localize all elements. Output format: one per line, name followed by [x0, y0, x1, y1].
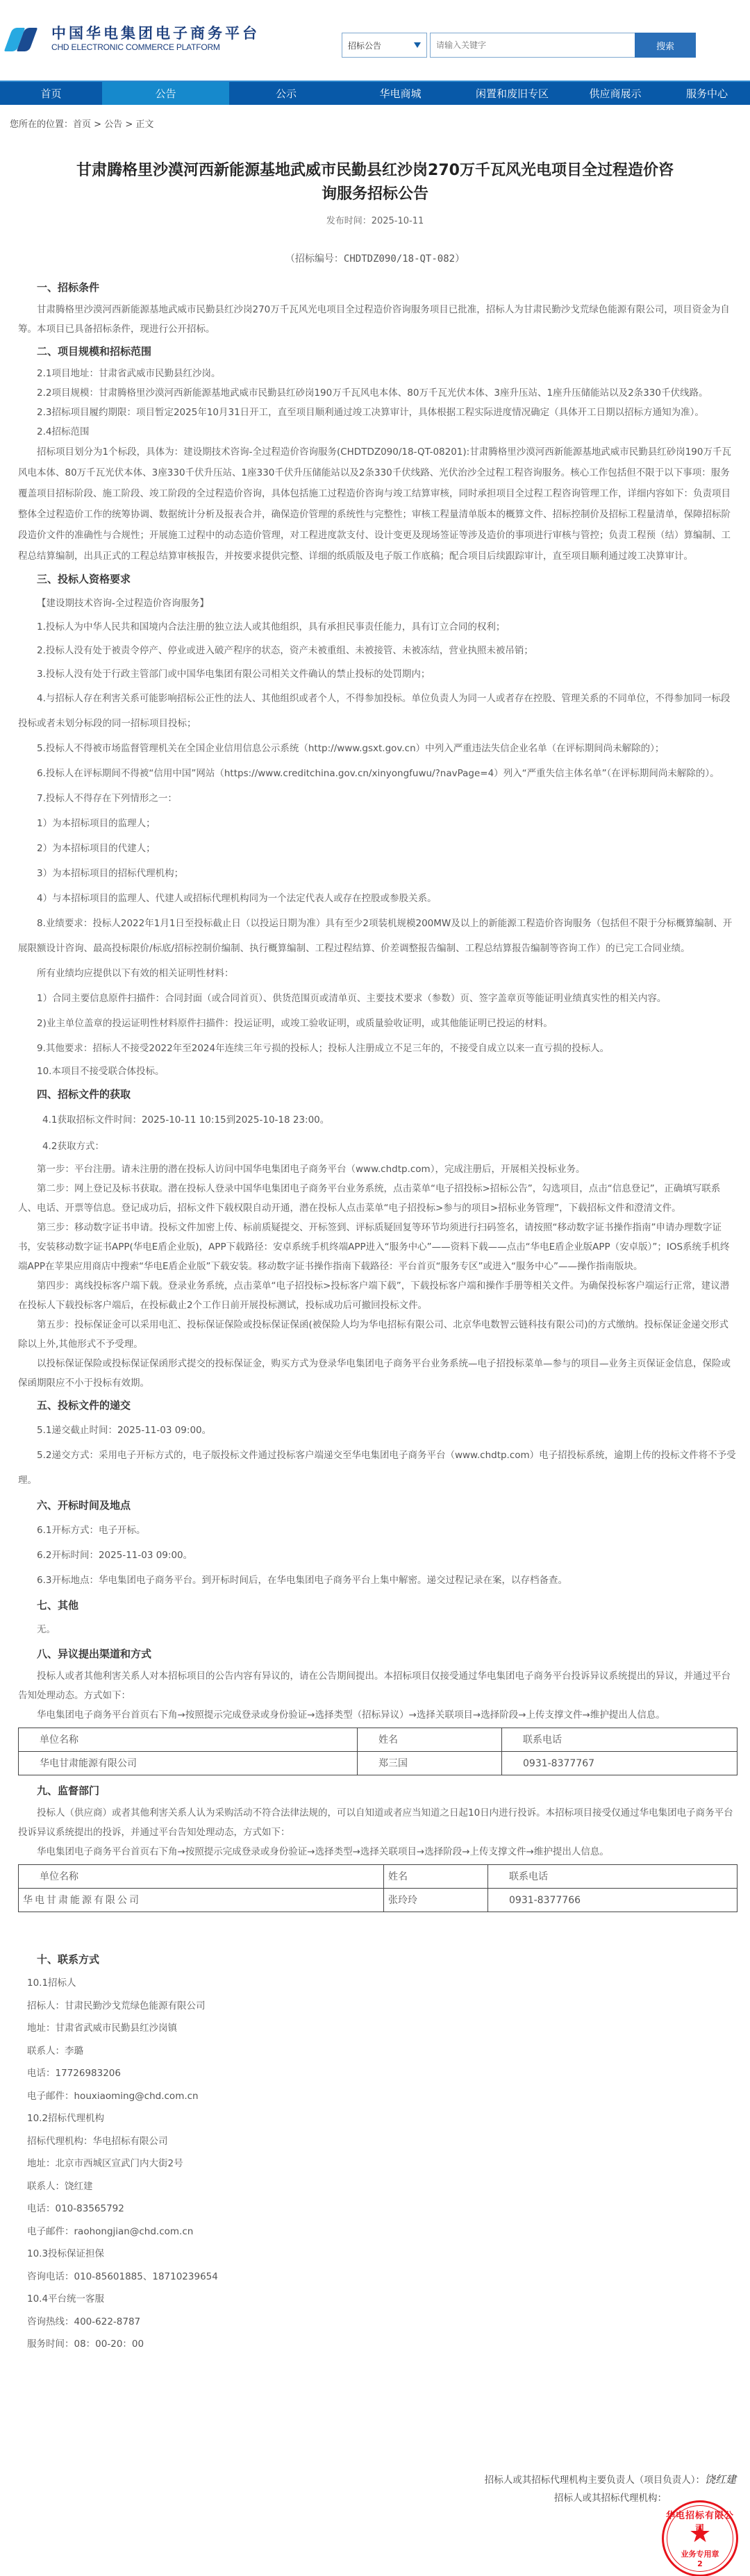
signature-line-agency: 招标人或其招标代理机构： [554, 2490, 667, 2504]
paragraph: 4.1获取招标文件时间：2025-10-11 10:15到2025-10-18 … [18, 1107, 737, 1133]
search-input[interactable] [430, 33, 635, 58]
breadcrumb-announcements[interactable]: 公告 [104, 119, 122, 130]
table-header-cell: 姓名 [358, 1728, 502, 1752]
table-header-cell: 单位名称 [19, 1865, 384, 1889]
contact-line: 电话：17726983206 [27, 2062, 737, 2085]
list-item: 1）为本招标项目的监理人； [18, 811, 737, 836]
table-cell: 0931-8377766 [488, 1889, 737, 1912]
page-title: 甘肃腾格里沙漠河西新能源基地武威市民勤县红沙岗270万千瓦风光电项目全过程造价咨… [69, 159, 681, 206]
step-item: 第二步：网上登记及标书获取。潜在投标人登录中国华电集团电子商务平台业务系统，点击… [18, 1179, 737, 1218]
table-row: 华电甘肃能源有限公司 郑三国 0931-8377767 [19, 1752, 737, 1775]
list-item: 6.投标人在评标期间不得被“信用中国”网站（https://www.credit… [18, 761, 737, 786]
paragraph: 投标人或者其他利害关系人对本招标项目的公告内容有异议的，请在公告期间提出。本招标… [18, 1666, 737, 1705]
list-item: 3.投标人没有处于行政主管部门或中国华电集团有限公司相关文件确认的禁止投标的处罚… [18, 662, 737, 686]
contact-subheading: 10.4平台统一客服 [27, 2288, 737, 2311]
section-heading: 九、监督部门 [18, 1778, 737, 1803]
site-header: 中国华电集团电子商务平台 CHD ELECTRONIC COMMERCE PLA… [0, 0, 750, 81]
breadcrumb-separator: > [91, 119, 104, 130]
section-heading: 三、投标人资格要求 [18, 567, 737, 592]
table-header-cell: 姓名 [384, 1865, 488, 1889]
step-item: 第三步：移动数字证书申请。投标文件加密上传、标前质疑提交、开标签到、评标质疑回复… [18, 1218, 737, 1276]
supervision-contact-table: 单位名称 姓名 联系电话 华电甘肃能源有限公司 张玲玲 0931-8377766 [18, 1864, 737, 1912]
official-seal-icon: 华电招标有限公司 ★ 业务专用章 2 [662, 2500, 738, 2576]
paragraph: 【建设期技术咨询-全过程造价咨询服务】 [18, 592, 737, 615]
contact-line: 地址：北京市西城区宣武门内大街2号 [27, 2152, 737, 2175]
paragraph: 5.2递交方式：采用电子开标方式的，电子版投标文件通过投标客户端递交至华电集团电… [18, 1443, 737, 1493]
list-item: 9.其他要求：招标人不接受2022年至2024年连续三年亏损的投标人；投标人注册… [18, 1036, 737, 1061]
table-cell: 华电甘肃能源有限公司 [19, 1889, 384, 1912]
contact-subheading: 10.1招标人 [27, 1972, 737, 1995]
section-heading: 十、联系方式 [18, 1947, 737, 1972]
contact-line: 咨询电话：010-85601885、18710239654 [27, 2266, 737, 2289]
step-item: 第一步：平台注册。请未注册的潜在投标人访问中国华电集团电子商务平台（www.ch… [18, 1160, 737, 1179]
list-item: 10.本项目不接受联合体投标。 [18, 1061, 737, 1082]
nav-item-mall[interactable]: 华电商城 [343, 82, 458, 105]
section-heading: 六、开标时间及地点 [18, 1493, 737, 1518]
paragraph: 2.4招标范围 [18, 422, 737, 442]
handwritten-signature: 饶红建 [705, 2473, 736, 2486]
search-button[interactable]: 搜索 [635, 33, 696, 58]
contact-line: 招标人：甘肃民勤沙戈荒绿色能源有限公司 [27, 1995, 737, 2018]
logo-chinese-name: 中国华电集团电子商务平台 [51, 25, 260, 42]
paragraph: 6.2开标时间：2025-11-03 09:00。 [18, 1543, 737, 1568]
dropdown-triangle-icon [414, 42, 421, 48]
contact-line: 电话：010-83565792 [27, 2198, 737, 2220]
site-logo[interactable]: 中国华电集团电子商务平台 CHD ELECTRONIC COMMERCE PLA… [7, 25, 260, 53]
paragraph: 招标项目划分为1个标段，具体为：建设期技术咨询-全过程造价咨询服务(CHDTDZ… [18, 442, 737, 567]
breadcrumb-current: 正文 [135, 119, 153, 130]
paragraph: 2.3招标项目履约期限：项目暂定2025年10月31日开工，直至项目顺利通过竣工… [18, 403, 737, 422]
search-category-value: 招标公告 [348, 40, 381, 51]
paragraph: 6.3开标地点：华电集团电子商务平台。到开标时间后，在华电集团电子商务平台上集中… [18, 1568, 737, 1593]
chd-logo-icon [7, 26, 46, 51]
breadcrumb-separator: > [122, 119, 135, 130]
breadcrumb-home[interactable]: 首页 [73, 119, 91, 130]
list-item: 2.投标人没有处于被责令停产、停业或进入破产程序的状态，资产未被重组、未被接管、… [18, 639, 737, 662]
paragraph: 华电集团电子商务平台首页右下角→按照提示完成登录或身份验证→选择类型（招标异议）… [18, 1705, 737, 1725]
table-header-row: 单位名称 姓名 联系电话 [19, 1865, 737, 1889]
list-item: 7.投标人不得存在下列情形之一： [18, 786, 737, 811]
table-header-cell: 联系电话 [488, 1865, 737, 1889]
step-item: 第四步：离线投标客户端下载。登录业务系统，点击菜单“电子招投标>投标客户端下载”… [18, 1276, 737, 1315]
section-heading: 五、投标文件的递交 [18, 1393, 737, 1418]
contact-subheading: 10.2招标代理机构 [27, 2107, 737, 2130]
contact-line: 服务时间：08：00-20：00 [27, 2333, 737, 2356]
list-item: 8.业绩要求：投标人2022年1月1日至投标截止日（以投运日期为准）具有至少2项… [18, 911, 737, 961]
table-header-cell: 单位名称 [19, 1728, 358, 1752]
list-item: 1）合同主要信息原件扫描件：合同封面（或合同首页）、供货范围页或清单页、主要技术… [18, 986, 737, 1011]
list-item: 3）为本招标项目的招标代理机构； [18, 861, 737, 886]
table-cell: 0931-8377767 [502, 1752, 737, 1775]
table-header-row: 单位名称 姓名 联系电话 [19, 1728, 737, 1752]
logo-english-name: CHD ELECTRONIC COMMERCE PLATFORM [51, 42, 260, 53]
nav-item-suppliers[interactable]: 供应商展示 [567, 82, 664, 105]
list-item: 4.与招标人存在利害关系可能影响招标公正性的法人、其他组织或者个人，不得参加投标… [18, 686, 737, 736]
list-item: 4）与本招标项目的监理人、代建人或招标代理机构同为一个法定代表人或存在控股或参股… [18, 886, 737, 911]
breadcrumb: 您所在的位置：首页 > 公告 > 正文 [10, 117, 153, 130]
list-item: 1.投标人为中华人民共和国境内合法注册的独立法人或其他组织，具有承担民事责任能力… [18, 615, 737, 639]
list-item: 2)业主单位盖章的投运证明性材料原件扫描件：投运证明，或竣工验收证明，或质量验收… [18, 1011, 737, 1036]
nav-item-home[interactable]: 首页 [0, 82, 102, 105]
section-heading: 八、异议提出渠道和方式 [18, 1641, 737, 1666]
step-item: 以投标保证保险或投标保证保函形式提交的投标保证金，购买方式为登录华电集团电子商务… [18, 1354, 737, 1393]
table-row: 华电甘肃能源有限公司 张玲玲 0931-8377766 [19, 1889, 737, 1912]
article-body: 一、招标条件 甘肃腾格里沙漠河西新能源基地武威市民勤县红沙岗270万千瓦风光电项… [18, 275, 737, 2356]
table-cell: 张玲玲 [384, 1889, 488, 1912]
contact-email[interactable]: 电子邮件：raohongjian@chd.com.cn [27, 2220, 737, 2243]
contact-line: 地址：甘肃省武威市民勤县红沙岗镇 [27, 2017, 737, 2040]
contact-line: 联系人：李璐 [27, 2040, 737, 2063]
paragraph: 无。 [18, 1618, 737, 1641]
contact-line: 咨询热线：400-622-8787 [27, 2311, 737, 2334]
paragraph: 2.1项目地址：甘肃省武威市民勤县红沙岗。 [18, 364, 737, 383]
section-heading: 七、其他 [18, 1593, 737, 1618]
paragraph: 华电集团电子商务平台首页右下角→按照提示完成登录或身份验证→选择类型→选择关联项… [18, 1842, 737, 1862]
list-item: 5.投标人不得被市场监督管理机关在全国企业信用信息公示系统（http://www… [18, 736, 737, 761]
paragraph: 6.1开标方式：电子开标。 [18, 1518, 737, 1543]
paragraph: 4.2获取方式： [18, 1133, 737, 1160]
table-cell: 华电甘肃能源有限公司 [19, 1752, 358, 1775]
signature-line-responsible: 招标人或其招标代理机构主要负责人（项目负责人）：饶红建 [485, 2472, 736, 2486]
section-heading: 一、招标条件 [18, 275, 737, 300]
main-nav: 首页 公告 公示 华电商城 闲置和废旧专区 供应商展示 服务中心 [0, 81, 750, 105]
section-heading: 四、招标文件的获取 [18, 1082, 737, 1107]
paragraph: 投标人（供应商）或者其他利害关系人认为采购活动不符合法律法规的，可以自知道或者应… [18, 1803, 737, 1842]
nav-item-publicity[interactable]: 公示 [229, 82, 343, 105]
nav-item-service-center[interactable]: 服务中心 [664, 82, 750, 105]
contact-line: 招标代理机构：华电招标有限公司 [27, 2130, 737, 2153]
list-item: 2）为本招标项目的代建人； [18, 836, 737, 861]
nav-item-announcements[interactable]: 公告 [102, 82, 229, 105]
bid-number: （招标编号：CHDTDZ090/18-QT-082） [0, 251, 750, 265]
step-item: 第五步：投标保证金可以采用电汇、投标保证保险或投标保证保函(被保险人均为华电招标… [18, 1315, 737, 1354]
paragraph: 5.1递交截止时间：2025-11-03 09:00。 [18, 1418, 737, 1443]
publish-date: 发布时间：2025-10-11 [0, 213, 750, 226]
table-header-cell: 联系电话 [502, 1728, 737, 1752]
search-category-select[interactable]: 招标公告 [342, 33, 427, 58]
table-cell: 郑三国 [358, 1752, 502, 1775]
contact-email[interactable]: 电子邮件：houxiaoming@chd.com.cn [27, 2085, 737, 2108]
list-item: 所有业绩均应提供以下有效的相关证明性材料： [18, 961, 737, 986]
paragraph: 甘肃腾格里沙漠河西新能源基地武威市民勤县红沙岗270万千瓦风光电项目全过程造价咨… [18, 300, 737, 339]
section-heading: 二、项目规模和招标范围 [18, 339, 737, 364]
contact-line: 联系人：饶红建 [27, 2175, 737, 2198]
nav-item-idle-scrap[interactable]: 闲置和废旧专区 [458, 82, 567, 105]
paragraph: 2.2项目规模：甘肃腾格里沙漠河西新能源基地武威市民勤县红砂岗190万千瓦风电本… [18, 383, 737, 403]
objection-contact-table: 单位名称 姓名 联系电话 华电甘肃能源有限公司 郑三国 0931-8377767 [18, 1728, 737, 1775]
contact-subheading: 10.3投标保证担保 [27, 2243, 737, 2266]
search-bar: 招标公告 搜索 [342, 33, 696, 58]
breadcrumb-prefix: 您所在的位置： [10, 119, 73, 130]
